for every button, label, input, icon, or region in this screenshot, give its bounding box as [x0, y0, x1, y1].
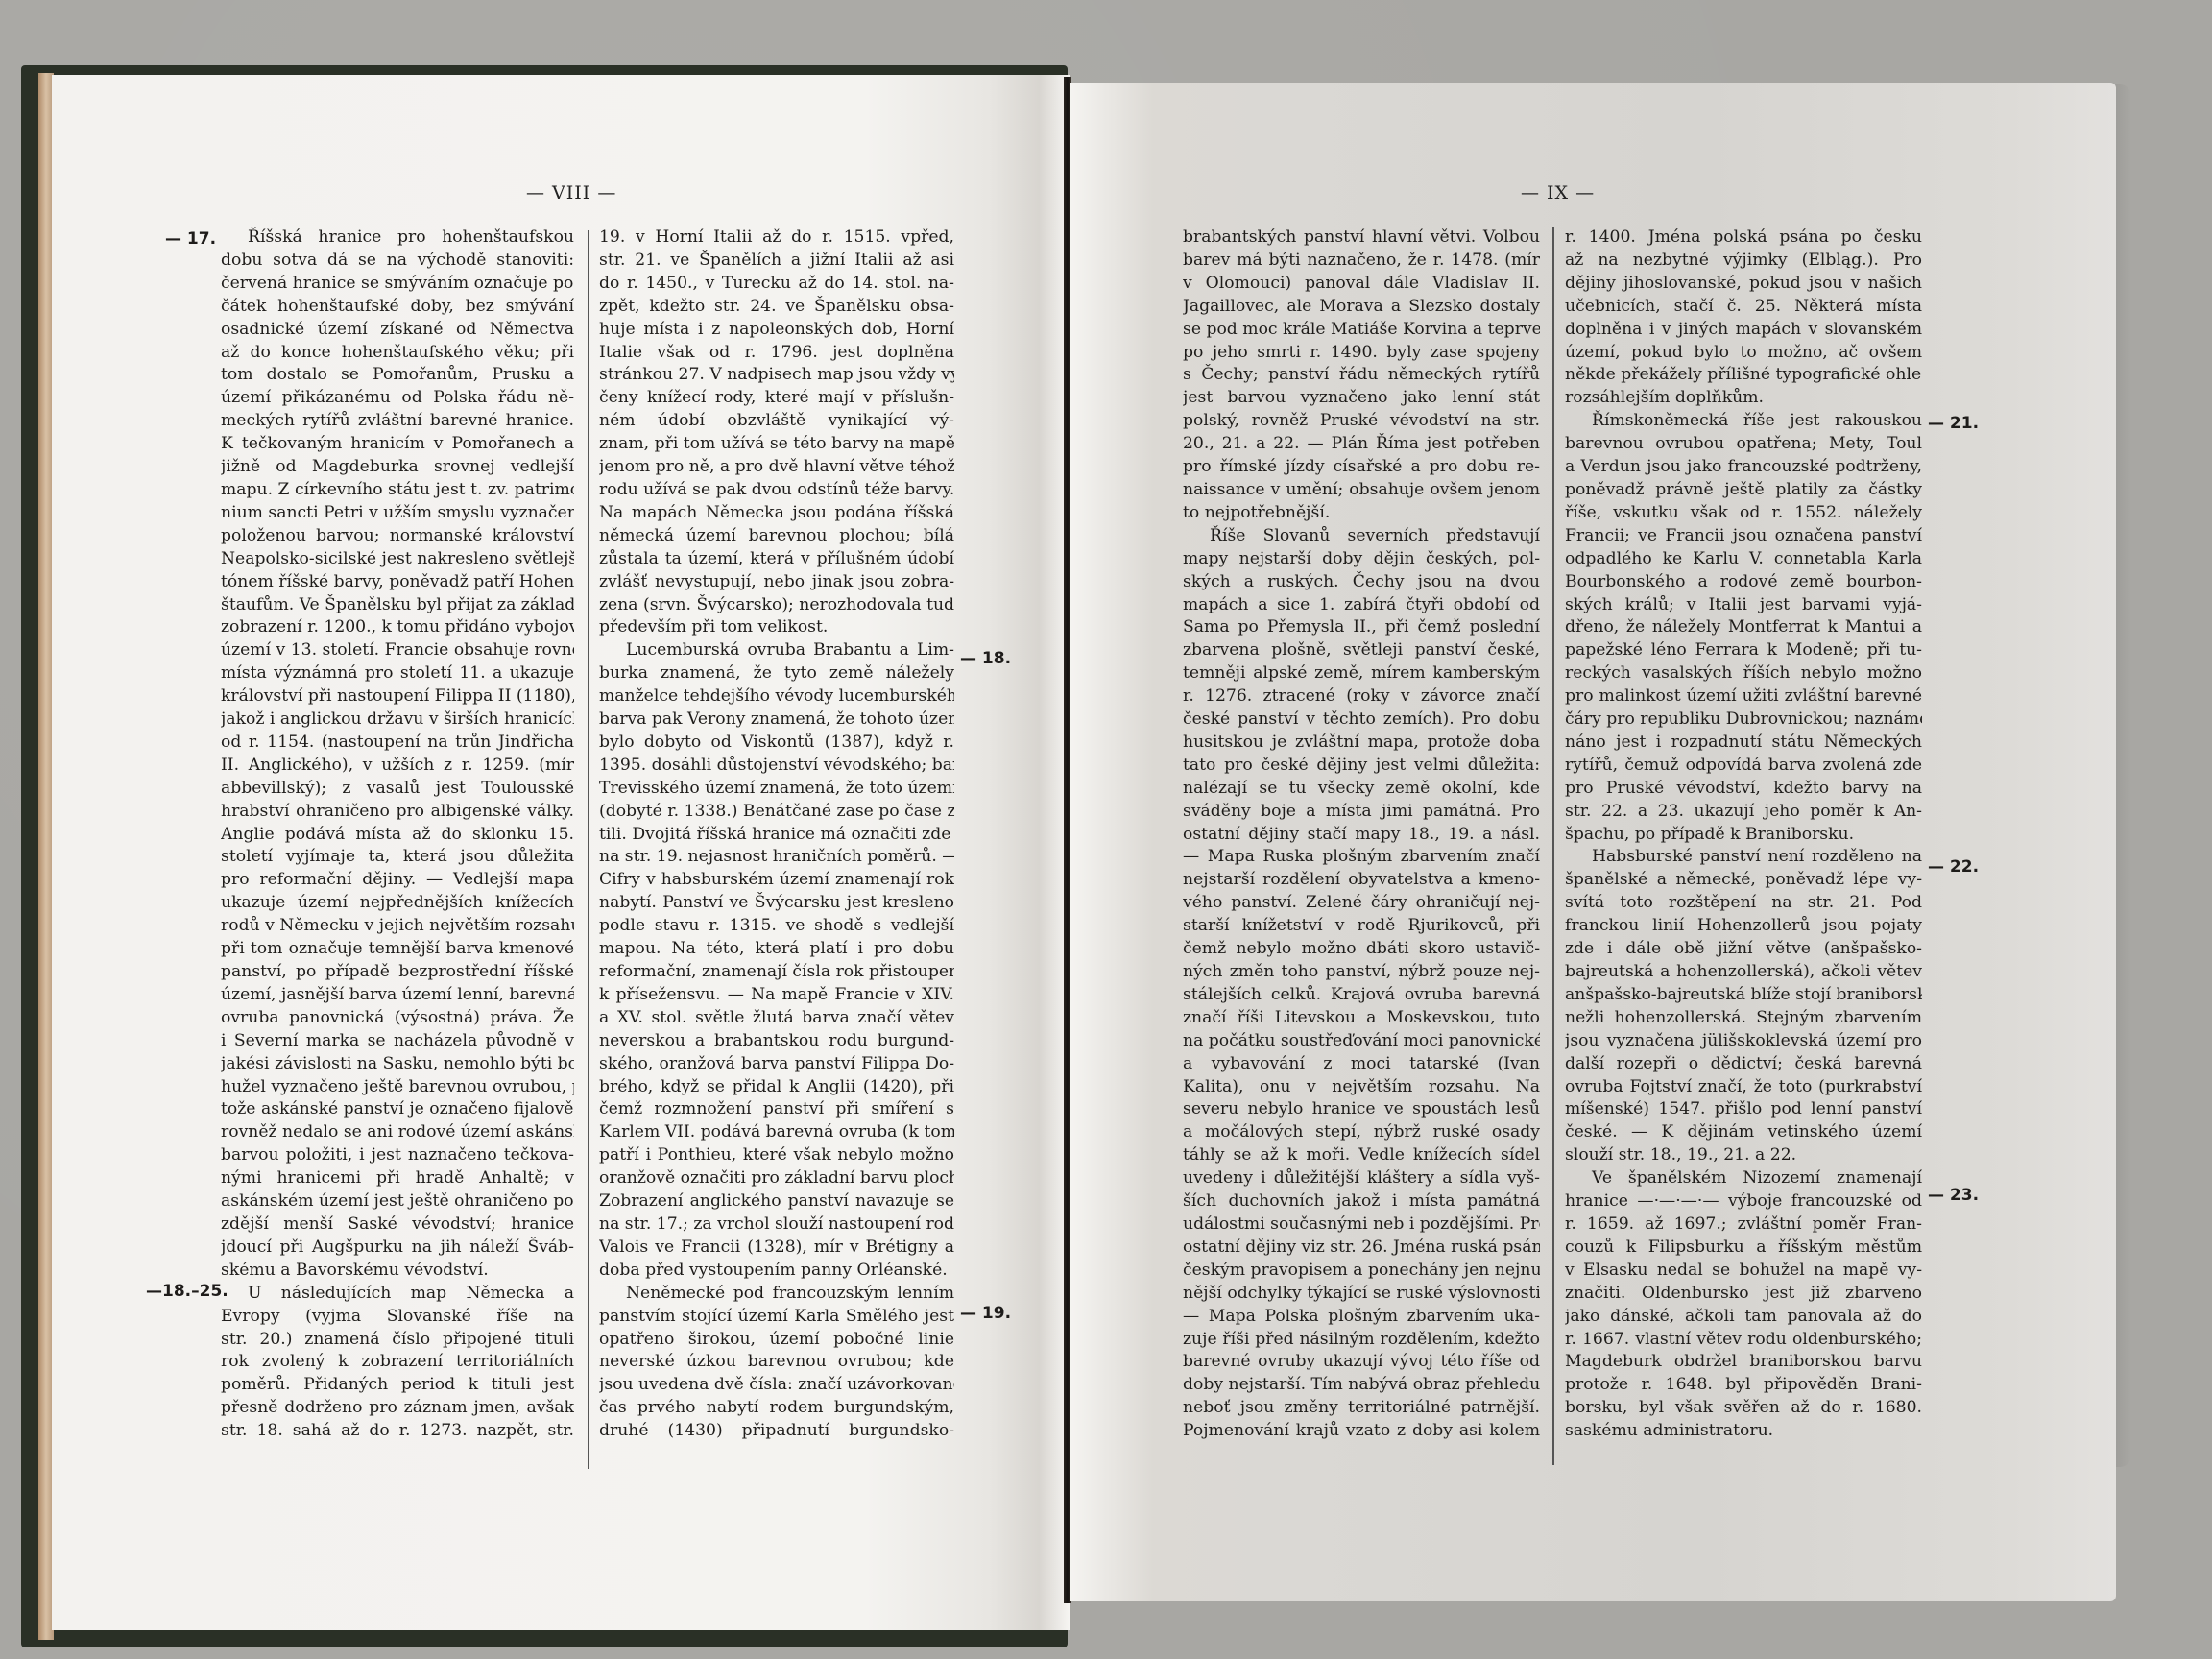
text-line: Karlem VII. podává barevná ovruba (k tom… [599, 1121, 954, 1144]
text-line: Jagaillovec, ale Morava a Slezsko dostal… [1183, 296, 1540, 319]
text-line: míšenské) 1547. přišlo pod lenní panství [1565, 1098, 1922, 1121]
text-line: špachu, po případě k Braniborsku. [1565, 824, 1922, 847]
text-line: hrabství ohraničeno pro albigenské války… [221, 801, 574, 824]
text-line: jakož i anglickou državu v širších hrani… [221, 709, 574, 732]
margin-ref-19: — 19. [960, 1304, 1011, 1323]
text-line: španělské a německé, poněvadž lépe vy- [1565, 869, 1922, 892]
margin-ref-21: — 21. [1928, 414, 1979, 433]
text-line: jsou vyznačena jülišskoklevská území pro [1565, 1030, 1922, 1053]
text-line: náno jest i rozpadnutí státu Německých [1565, 732, 1922, 755]
text-line: brého, když se přidal k Anglii (1420), p… [599, 1076, 954, 1099]
right-column-1: brabantských panství hlavní větvi. Volbo… [1183, 227, 1540, 1443]
text-line: barev má býti naznačeno, že r. 1478. (mí… [1183, 250, 1540, 273]
text-line: české panství v těchto zemích). Pro dobu [1183, 709, 1540, 732]
text-line: až na nezbytné výjimky (Elbląg.). Pro [1565, 250, 1922, 273]
text-line: Neněmecké pod francouzským lenním [599, 1283, 954, 1306]
text-line: naissance v umění; obsahuje ovšem jenom [1183, 479, 1540, 502]
text-line: mapu. Z církevního státu jest t. zv. pat… [221, 479, 574, 502]
text-line: čemž rozmnožení panství při smíření s [599, 1098, 954, 1121]
text-line: tom dostalo se Pomořanům, Prusku a [221, 364, 574, 387]
text-line: r. 1276. ztracené (roky v závorce značí [1183, 685, 1540, 709]
text-line: barvou položiti, i jest naznačeno tečkov… [221, 1144, 574, 1167]
text-line: opatřeno širokou, území pobočné linie [599, 1329, 954, 1352]
text-line: r. 1667. vlastní větev rodu oldenburskéh… [1565, 1329, 1922, 1352]
text-line: ovruba panovnická (výsostná) práva. Že [221, 1007, 574, 1030]
text-line: další rozepři o dědictví; česká barevná [1565, 1053, 1922, 1076]
text-line: nabytí. Panství ve Švýcarsku jest kresle… [599, 892, 954, 915]
text-line: rovněž nedalo se ani rodové území askáns… [221, 1121, 574, 1144]
text-line: tato pro české dějiny jest velmi důležit… [1183, 755, 1540, 778]
text-line: století vyjímaje ta, která jsou důležita [221, 846, 574, 869]
text-line: do r. 1450., v Turecku až do 14. stol. n… [599, 273, 954, 296]
text-line: mapách a sice 1. zabírá čtyři období od [1183, 594, 1540, 617]
text-line: franckou linií Hohenzollerů jsou pojaty [1565, 915, 1922, 938]
text-line: sváděny boje a místa jimi památná. Pro [1183, 801, 1540, 824]
text-line: někde překážely přílišné typografické oh… [1565, 364, 1922, 387]
text-line: saskému administratoru. [1565, 1420, 1922, 1443]
text-line: čas prvého nabytí rodem burgundským, [599, 1397, 954, 1420]
text-line: území přikázanému od Polska řádu ně- [221, 387, 574, 410]
text-line: dějiny jihoslovanské, pokud jsou v našic… [1565, 273, 1922, 296]
text-line: osadnické území získané od Němectva [221, 319, 574, 342]
text-line: znam, při tom užívá se této barvy na map… [599, 433, 954, 456]
text-line: na počátku soustřeďování moci panovnické [1183, 1030, 1540, 1053]
text-line: zůstala ta území, která v přílušném údob… [599, 548, 954, 571]
text-line: v Elsasku nedal se bohužel na mapě vy- [1565, 1260, 1922, 1283]
text-line: Magdeburk obdržel braniborskou barvu [1565, 1351, 1922, 1374]
text-line: čátek hohenštaufské doby, bez smývání [221, 296, 574, 319]
text-line: zobrazení r. 1200., k tomu přidáno vyboj… [221, 616, 574, 639]
text-line: království při nastoupení Filippa II (11… [221, 685, 574, 709]
text-line: Na mapách Německa jsou podána říšská [599, 502, 954, 525]
text-line: Ve španělském Nizozemí znamenají [1565, 1167, 1922, 1190]
text-line: území, jasnější barva území lenní, barev… [221, 984, 574, 1007]
text-line: až do konce hohenštaufského věku; při [221, 342, 574, 365]
text-line: českým pravopisem a ponechány jen nejnut… [1183, 1260, 1540, 1283]
text-line: — Mapa Polska plošným zbarvením uka- [1183, 1306, 1540, 1329]
text-line: ského, oranžová barva panství Filippa Do… [599, 1053, 954, 1076]
text-line: poměrů. Přidaných period k tituli jest [221, 1374, 574, 1397]
text-line: v Olomouci) panoval dále Vladislav II. [1183, 273, 1540, 296]
text-line: nými hranicemi při hradě Anhaltě; v [221, 1167, 574, 1190]
text-line: při tom označuje temnější barva kmenové [221, 938, 574, 961]
text-line: nium sancti Petri v užším smyslu vyznače… [221, 502, 574, 525]
text-line: říše, vskutku však od r. 1552. náležely [1565, 502, 1922, 525]
text-line: položenou barvou; normanské království [221, 525, 574, 548]
text-line: zde i dále obě jižní větve (anšpašsko- [1565, 938, 1922, 961]
text-line: doplněna i v jiných mapách v slovanském [1565, 319, 1922, 342]
text-line: ných změn toho panství, nýbrž pouze nej- [1183, 961, 1540, 984]
text-line: slouží str. 18., 19., 21. a 22. [1565, 1144, 1922, 1167]
text-line: hužel vyznačeno ještě barevnou ovrubou, … [221, 1076, 574, 1099]
text-line: Trevisského území znamená, že toto území [599, 778, 954, 801]
text-line: podle stavu r. 1315. ve shodě s vedlejší [599, 915, 954, 938]
text-line: (dobyté r. 1338.) Benátčané zase po čase… [599, 801, 954, 824]
text-line: a močálových stepí, nýbrž ruské osady [1183, 1121, 1540, 1144]
text-line: 1395. dosáhli důstojenství vévodského; b… [599, 755, 954, 778]
text-line: huje místa i z napoleonských dob, Horní [599, 319, 954, 342]
left-column-1: Říšská hranice pro hohenštaufskoudobu so… [221, 227, 574, 1443]
text-line: Cifry v habsburském území znamenají rok [599, 869, 954, 892]
text-line: Habsburské panství není rozděleno na [1565, 846, 1922, 869]
text-line: ských králů; v Italii jest barvami vyjá- [1565, 594, 1922, 617]
text-line: jako dánské, ačkoli tam panovala až do [1565, 1306, 1922, 1329]
text-line: učebnicích, stačí č. 25. Některá místa [1565, 296, 1922, 319]
text-line: askánském území jest ještě ohraničeno po… [221, 1190, 574, 1214]
text-line: vého panství. Zelené čáry ohraničují nej… [1183, 892, 1540, 915]
text-line: ských a ruských. Čechy jsou na dvou [1183, 571, 1540, 594]
text-line: borsku, byl však svěřen až do r. 1680. [1565, 1397, 1922, 1420]
text-line: ukazuje území nejpřednějších knížecích [221, 892, 574, 915]
text-line: K tečkovaným hranicím v Pomořanech a [221, 433, 574, 456]
text-line: brabantských panství hlavní větvi. Volbo… [1183, 227, 1540, 250]
text-line: Francii; ve Francii jsou označena panstv… [1565, 525, 1922, 548]
text-line: stálejších celků. Krajová ovruba barevná [1183, 984, 1540, 1007]
text-line: zbarvena plošně, světleji panství české, [1183, 639, 1540, 662]
text-line: abbevillský); z vasalů jest Toulousské [221, 778, 574, 801]
text-line: jdoucí při Augšpurku na jih náleží Šváb- [221, 1237, 574, 1260]
text-line: k přísežensvu. — Na mapě Francie v XIV. [599, 984, 954, 1007]
right-page-number: — IX — [1521, 182, 1595, 204]
text-line: barevné ovruby ukazují vývoj této říše o… [1183, 1351, 1540, 1374]
text-line: s Čechy; panství řádu německých rytířů [1183, 364, 1540, 387]
text-line: Zobrazení anglického panství navazuje se [599, 1190, 954, 1214]
text-line: území v 13. století. Francie obsahuje ro… [221, 639, 574, 662]
text-line: Říše Slovanů severních představují [1183, 525, 1540, 548]
text-line: poněvadž právně ještě platily za částky [1565, 479, 1922, 502]
text-line: druhé (1430) připadnutí burgundsko- [599, 1420, 954, 1443]
text-line: neverské úzkou barevnou ovrubou; kde [599, 1351, 954, 1374]
column-divider [588, 230, 589, 1469]
text-line: severu nebylo hranice ve spoustách lesů [1183, 1098, 1540, 1121]
text-line: přesně dodrženo pro záznam jmen, avšak [221, 1397, 574, 1420]
text-line: Lucemburská ovruba Brabantu a Lim- [599, 639, 954, 662]
left-column-2: 19. v Horní Italii až do r. 1515. vpřed,… [599, 227, 954, 1443]
margin-ref-18-25: —18.–25. [146, 1282, 228, 1301]
text-line: Římskoněmecká říše jest rakouskou [1565, 410, 1922, 433]
text-line: především při tom velikost. [599, 616, 954, 639]
text-line: doba před vystoupením panny Orléanské. [599, 1260, 954, 1283]
text-line: zvlášť nevystupují, nebo jinak jsou zobr… [599, 571, 954, 594]
margin-ref-17: — 17. [165, 229, 216, 249]
text-line: burka znamená, že tyto země náležely [599, 662, 954, 685]
text-line: Valois ve Francii (1328), mír v Brétigny… [599, 1237, 954, 1260]
text-line: dřeno, že náležely Montferrat k Mantui a [1565, 616, 1922, 639]
text-line: to nejpotřebnější. [1183, 502, 1540, 525]
text-line: neboť jsou změny territoriálné patrnější… [1183, 1397, 1540, 1420]
text-line: i Severní marka se nacházela původně v [221, 1030, 574, 1053]
margin-ref-23: — 23. [1928, 1186, 1979, 1205]
text-line: panstvím stojící území Karla Smělého jes… [599, 1306, 954, 1329]
text-line: neverskou a brabantskou rodu burgund- [599, 1030, 954, 1053]
text-line: na str. 19. nejasnost hraničních poměrů.… [599, 846, 954, 869]
text-line: manželce tehdejšího vévody lucemburského… [599, 685, 954, 709]
text-line: po jeho smrti r. 1490. byly zase spojeny [1183, 342, 1540, 365]
text-line: anšpašsko-bajreutská blíže stojí branibo… [1565, 984, 1922, 1007]
text-line: a vybavování z moci tatarské (Ivan [1183, 1053, 1540, 1076]
text-line: starší knížetství v rodě Rjurikovců, při [1183, 915, 1540, 938]
text-line: zpět, kdežto str. 24. ve Španělsku obsa- [599, 296, 954, 319]
text-line: ovruba Fojtství značí, že toto (purkrabs… [1565, 1076, 1922, 1099]
text-line: jakési závislosti na Sasku, nemohlo býti… [221, 1053, 574, 1076]
text-line: místa význámná pro století 11. a ukazuje [221, 662, 574, 685]
margin-ref-22: — 22. [1928, 857, 1979, 877]
text-line: doby nejstarší. Tím nabývá obraz přehled… [1183, 1374, 1540, 1397]
text-line: oranžově označiti pro základní barvu plo… [599, 1167, 954, 1190]
text-line: jenom pro ně, a pro dvě hlavní větve téh… [599, 456, 954, 479]
text-line: Pojmenování krajů vzato z doby asi kolem [1183, 1420, 1540, 1443]
text-line: štaufům. Ve Španělsku byl přijat za zákl… [221, 594, 574, 617]
text-line: tili. Dvojitá říšská hranice má označiti… [599, 824, 954, 847]
text-line: rozsáhlejším doplňkům. [1565, 387, 1922, 410]
text-line: 20., 21. a 22. — Plán Říma jest potřeben [1183, 433, 1540, 456]
text-line: mapy nejstarší doby dějin českých, pol- [1183, 548, 1540, 571]
right-column-2: r. 1400. Jména polská psána po českuaž n… [1565, 227, 1922, 1443]
text-line: reckých vasalských říších nebylo možno [1565, 662, 1922, 685]
text-line: couzů k Filipsburku a říšským městům [1565, 1237, 1922, 1260]
text-line: stránkou 27. V nadpisech map jsou vždy v… [599, 364, 954, 387]
text-line: čemž nebylo možno dbáti skoro ustavič- [1183, 938, 1540, 961]
text-line: Evropy (vyjma Slovanské říše na [221, 1306, 574, 1329]
text-line: pro reformační dějiny. — Vedlejší mapa [221, 869, 574, 892]
text-line: papežské léno Ferrara k Modeně; při tu- [1565, 639, 1922, 662]
text-line: odpadlého ke Karlu V. connetabla Karla [1565, 548, 1922, 571]
text-line: zuje říši před násilným rozdělením, kdež… [1183, 1329, 1540, 1352]
text-line: událostmi současnými neb i pozdějšími. P… [1183, 1214, 1540, 1237]
text-line: táhly se až k moři. Vedle knížecích síde… [1183, 1144, 1540, 1167]
text-line: německá území barevnou plochou; bílá [599, 525, 954, 548]
text-line: mapou. Na této, která platí i pro dobu [599, 938, 954, 961]
text-line: nalézají se tu všecky země okolní, kde [1183, 778, 1540, 801]
text-line: jsou uvedena dvě čísla: značí uzávorkova… [599, 1374, 954, 1397]
text-line: r. 1659. až 1697.; zvláštní poměr Fran- [1565, 1214, 1922, 1237]
text-line: uvedeny i důležitější kláštery a sídla v… [1183, 1167, 1540, 1190]
text-line: jižně od Magdeburka srovnej vedlejší [221, 456, 574, 479]
text-line: dobu sotva dá se na východě stanoviti: [221, 250, 574, 273]
text-line: Neapolsko-sicilské jest nakresleno světl… [221, 548, 574, 571]
text-line: U následujících map Německa a [221, 1283, 574, 1306]
text-line: meckých rytířů zvláštní barevné hranice. [221, 410, 574, 433]
left-page-number: — VIII — [526, 182, 616, 204]
text-line: rytířů, čemuž odpovídá barva zvolená zde [1565, 755, 1922, 778]
text-line: Bourbonského a rodové země bourbon- [1565, 571, 1922, 594]
text-line: čáry pro republiku Dubrovnickou; naznáme… [1565, 709, 1922, 732]
text-line: hranice —·—·—·— výboje francouzské od [1565, 1190, 1922, 1214]
text-line: rok zvolený k zobrazení territoriálních [221, 1351, 574, 1374]
text-line: značiti. Oldenbursko jest již zbarveno [1565, 1283, 1922, 1306]
text-line: tože askánské panství je označeno fijalo… [221, 1098, 574, 1121]
text-line: Sama po Přemysla II., při čemž poslední [1183, 616, 1540, 639]
text-line: Italie však od r. 1796. jest doplněna [599, 342, 954, 365]
text-line: — Mapa Ruska plošným zbarvením značí [1183, 846, 1540, 869]
text-line: skému a Bavorskému vévodství. [221, 1260, 574, 1283]
text-line: zena (srvn. Švýcarsko); nerozhodovala tu… [599, 594, 954, 617]
text-line: od r. 1154. (nastoupení na trůn Jindřich… [221, 732, 574, 755]
text-line: nější odchylky týkající se ruské výslovn… [1183, 1283, 1540, 1306]
text-line: ostatní dějiny stačí mapy 18., 19. a nás… [1183, 824, 1540, 847]
text-line: husitskou je zvláštní mapa, protože doba [1183, 732, 1540, 755]
text-line: bajreutská a hohenzollerská), ačkoli vět… [1565, 961, 1922, 984]
text-line: nejstarší rozdělení obyvatelstva a kmeno… [1183, 869, 1540, 892]
text-line: barevnou ovrubou opatřena; Mety, Toul [1565, 433, 1922, 456]
text-line: na str. 17.; za vrchol slouží nastoupení… [599, 1214, 954, 1237]
text-line: Říšská hranice pro hohenštaufskou [221, 227, 574, 250]
text-line: reformační, znamenají čísla rok přistoup… [599, 961, 954, 984]
text-line: území, pokud bylo to možno, ač ovšem [1565, 342, 1922, 365]
text-line: ších duchovních jakož i místa památná [1183, 1190, 1540, 1214]
text-line: Anglie podává místa až do sklonku 15. [221, 824, 574, 847]
text-line: se pod moc krále Matiáše Korvina a teprv… [1183, 319, 1540, 342]
text-line: červená hranice se smýváním označuje po- [221, 273, 574, 296]
text-line: protože r. 1648. byl připověděn Brani- [1565, 1374, 1922, 1397]
text-line: jest barvou vyznačeno jako lenní stát [1183, 387, 1540, 410]
text-line: rodu užívá se pak dvou odstínů téže barv… [599, 479, 954, 502]
text-line: tónem říšské barvy, poněvadž patří Hohen… [221, 571, 574, 594]
text-line: 19. v Horní Italii až do r. 1515. vpřed, [599, 227, 954, 250]
text-line: str. 21. ve Španělích a jižní Italii až … [599, 250, 954, 273]
text-line: nežli hohenzollerská. Stejným zbarvením [1565, 1007, 1922, 1030]
text-line: čeny knížecí rody, které mají v příslušn… [599, 387, 954, 410]
text-line: zdější menší Saské vévodství; hranice [221, 1214, 574, 1237]
text-line: svítá toto rozštěpení na str. 21. Pod [1565, 892, 1922, 915]
text-line: pro Pruské vévodství, kdežto barvy na [1565, 778, 1922, 801]
text-line: a Verdun jsou jako francouzské podtrženy… [1565, 456, 1922, 479]
text-line: str. 18. sahá až do r. 1273. nazpět, str… [221, 1420, 574, 1443]
text-line: str. 22. a 23. ukazují jeho poměr k An- [1565, 801, 1922, 824]
text-line: r. 1400. Jména polská psána po česku [1565, 227, 1922, 250]
text-line: ostatní dějiny viz str. 26. Jména ruská … [1183, 1237, 1540, 1260]
text-line: rodů v Německu v jejich největším rozsah… [221, 915, 574, 938]
text-line: značí říši Litevskou a Moskevskou, tuto [1183, 1007, 1540, 1030]
text-line: patří i Ponthieu, které však nebylo možn… [599, 1144, 954, 1167]
text-line: bylo dobyto od Viskontů (1387), když r. [599, 732, 954, 755]
text-line: barva pak Verony znamená, že tohoto územ… [599, 709, 954, 732]
text-line: polský, rovněž Pruské vévodství na str. [1183, 410, 1540, 433]
text-line: str. 20.) znamená číslo připojené tituli [221, 1329, 574, 1352]
text-line: a XV. stol. světle žlutá barva značí vět… [599, 1007, 954, 1030]
text-line: panství, po případě bezprostřední říšské [221, 961, 574, 984]
column-divider [1552, 227, 1554, 1465]
text-line: pro malinkost území užiti zvláštní barev… [1565, 685, 1922, 709]
text-line: české. — K dějinám vetinského území [1565, 1121, 1922, 1144]
text-line: Kalita), onu v největším rozsahu. Na [1183, 1076, 1540, 1099]
text-line: temněji alpské země, mírem kamberským [1183, 662, 1540, 685]
margin-ref-18: — 18. [960, 649, 1011, 668]
text-line: ném údobí obzvláště vynikající vý- [599, 410, 954, 433]
text-line: II. Anglického), v užších z r. 1259. (mí… [221, 755, 574, 778]
text-line: pro římské jízdy císařské a pro dobu re- [1183, 456, 1540, 479]
